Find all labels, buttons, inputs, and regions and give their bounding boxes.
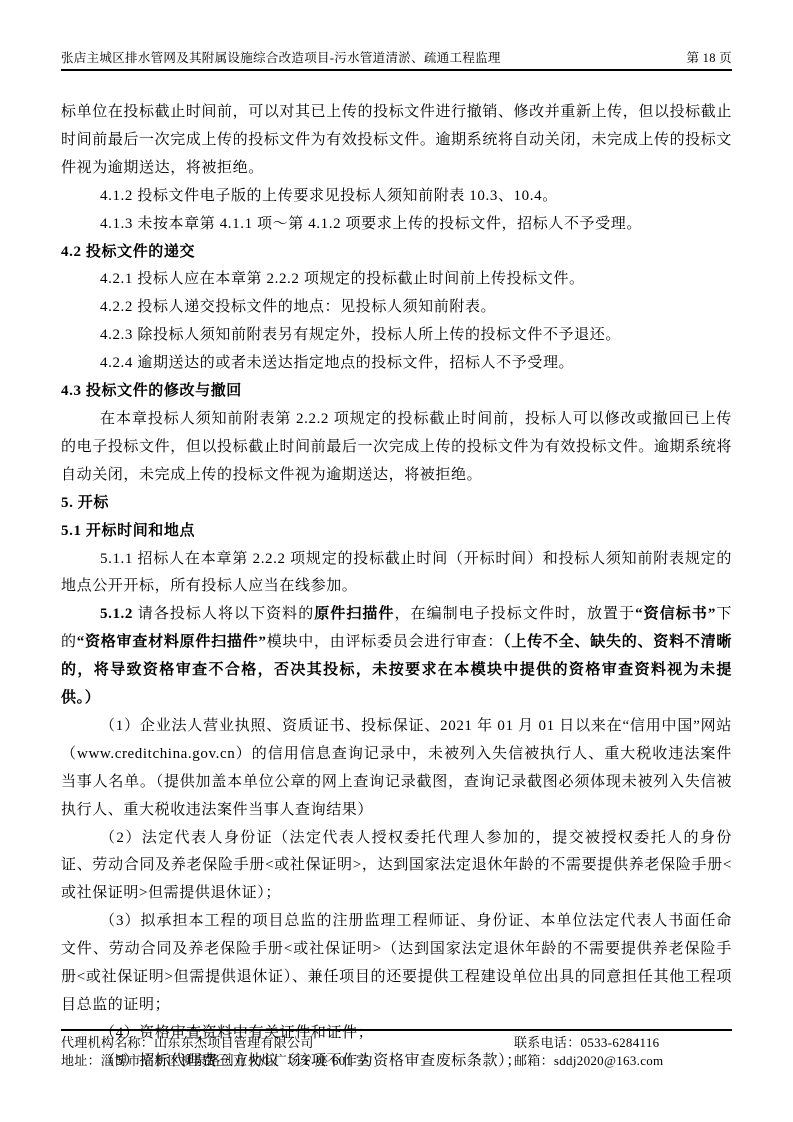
text-run: 标单位在投标截止时间前，可以对其已上传的投标文件进行撤销、修改并重新上传，但以投…: [61, 104, 732, 176]
text-run: 模块中，由评标委员会进行审查：: [267, 634, 504, 650]
footer-agency-name: 代理机构名称：山东东杰项目管理有限公司: [61, 1034, 514, 1052]
text-run: 4.2.4 逾期送达的或者未送达指定地点的投标文件，招标人不予受理。: [100, 355, 574, 371]
paragraph: 标单位在投标截止时间前，可以对其已上传的投标文件进行撤销、修改并重新上传，但以投…: [61, 99, 732, 183]
section-heading: 5.1 开标时间和地点: [61, 518, 732, 546]
text-run: （2）法定代表人身份证（法定代表人授权委托代理人参加的，提交被授权委托人的身份证…: [61, 830, 732, 902]
paragraph: 4.2.3 除投标人须知前附表另有规定外，投标人所上传的投标文件不予退还。: [61, 322, 732, 350]
text-run: 5.1.1 招标人在本章第 2.2.2 项规定的投标截止时间（开标时间）和投标人…: [61, 551, 732, 595]
text-run: “资信标书”: [635, 606, 716, 622]
page-footer: 代理机构名称：山东东杰项目管理有限公司 地址：淄博市高新区柳泉路创业火炬广场 F…: [61, 1029, 732, 1069]
text-run: 4.2.2 投标人递交投标文件的地点：见投标人须知前附表。: [100, 299, 496, 315]
section-heading: 4.3 投标文件的修改与撤回: [61, 378, 732, 406]
paragraph: （3）拟承担本工程的项目总监的注册监理工程师证、身份证、本单位法定代表人书面任命…: [61, 908, 732, 1020]
paragraph: 4.2.1 投标人应在本章第 2.2.2 项规定的投标截止时间前上传投标文件。: [61, 266, 732, 294]
text-run: （1）企业法人营业执照、资质证书、投标保证、2021 年 01 月 01 日以来…: [61, 718, 732, 818]
footer-email: 邮箱：sddj2020@163.com: [514, 1052, 732, 1070]
footer-phone: 联系电话：0533-6284116: [514, 1034, 732, 1052]
paragraph: 4.2.2 投标人递交投标文件的地点：见投标人须知前附表。: [61, 294, 732, 322]
paragraph: 4.1.2 投标文件电子版的上传要求见投标人须知前附表 10.3、10.4。: [61, 183, 732, 211]
paragraph: 5.1.2 请各投标人将以下资料的原件扫描件，在编制电子投标文件时，放置于“资信…: [61, 601, 732, 713]
text-run: 5.1 开标时间和地点: [61, 523, 195, 539]
text-run: （3）拟承担本工程的项目总监的注册监理工程师证、身份证、本单位法定代表人书面任命…: [61, 913, 732, 1013]
text-run: 4.2.3 除投标人须知前附表另有规定外，投标人所上传的投标文件不予退还。: [100, 327, 621, 343]
document-body: 标单位在投标截止时间前，可以对其已上传的投标文件进行撤销、修改并重新上传，但以投…: [61, 99, 732, 1076]
text-run: 4.2 投标文件的递交: [61, 244, 195, 260]
header-project-title: 张店主城区排水管网及其附属设施综合改造项目-污水管道清淤、疏通工程监理: [61, 48, 501, 66]
document-page: 张店主城区排水管网及其附属设施综合改造项目-污水管道清淤、疏通工程监理 第 18…: [0, 0, 793, 1122]
text-run: 4.1.2 投标文件电子版的上传要求见投标人须知前附表 10.3、10.4。: [100, 188, 558, 204]
text-run: 5. 开标: [61, 495, 109, 511]
section-heading: 5. 开标: [61, 490, 732, 518]
text-run: 请各投标人将以下资料的: [133, 606, 314, 622]
text-run: 4.1.3 未按本章第 4.1.1 项～第 4.1.2 项要求上传的投标文件，招…: [100, 216, 642, 232]
paragraph: （2）法定代表人身份证（法定代表人授权委托代理人参加的，提交被授权委托人的身份证…: [61, 825, 732, 909]
text-run: 5.1.2: [100, 606, 133, 622]
paragraph: （1）企业法人营业执照、资质证书、投标保证、2021 年 01 月 01 日以来…: [61, 713, 732, 825]
text-run: 原件扫描件: [314, 606, 394, 622]
page-header: 张店主城区排水管网及其附属设施综合改造项目-污水管道清淤、疏通工程监理 第 18…: [61, 48, 732, 71]
footer-right-column: 联系电话：0533-6284116 邮箱：sddj2020@163.com: [514, 1034, 732, 1069]
paragraph: 在本章投标人须知前附表第 2.2.2 项规定的投标截止时间前，投标人可以修改或撤…: [61, 406, 732, 490]
paragraph: 5.1.1 招标人在本章第 2.2.2 项规定的投标截止时间（开标时间）和投标人…: [61, 546, 732, 602]
paragraph: 4.1.3 未按本章第 4.1.1 项～第 4.1.2 项要求上传的投标文件，招…: [61, 211, 732, 239]
footer-address: 地址：淄博市高新区柳泉路创业火炬广场 F 座 601 室: [61, 1052, 514, 1070]
text-run: 4.2.1 投标人应在本章第 2.2.2 项规定的投标截止时间前上传投标文件。: [100, 271, 585, 287]
footer-left-column: 代理机构名称：山东东杰项目管理有限公司 地址：淄博市高新区柳泉路创业火炬广场 F…: [61, 1034, 514, 1069]
section-heading: 4.2 投标文件的递交: [61, 239, 732, 267]
text-run: “资格审查材料原件扫描件”: [77, 634, 267, 650]
paragraph: 4.2.4 逾期送达的或者未送达指定地点的投标文件，招标人不予受理。: [61, 350, 732, 378]
header-page-number: 第 18 页: [666, 48, 732, 66]
text-run: 4.3 投标文件的修改与撤回: [61, 383, 242, 399]
text-run: ，在编制电子投标文件时，放置于: [394, 606, 635, 622]
text-run: 在本章投标人须知前附表第 2.2.2 项规定的投标截止时间前，投标人可以修改或撤…: [61, 411, 732, 483]
